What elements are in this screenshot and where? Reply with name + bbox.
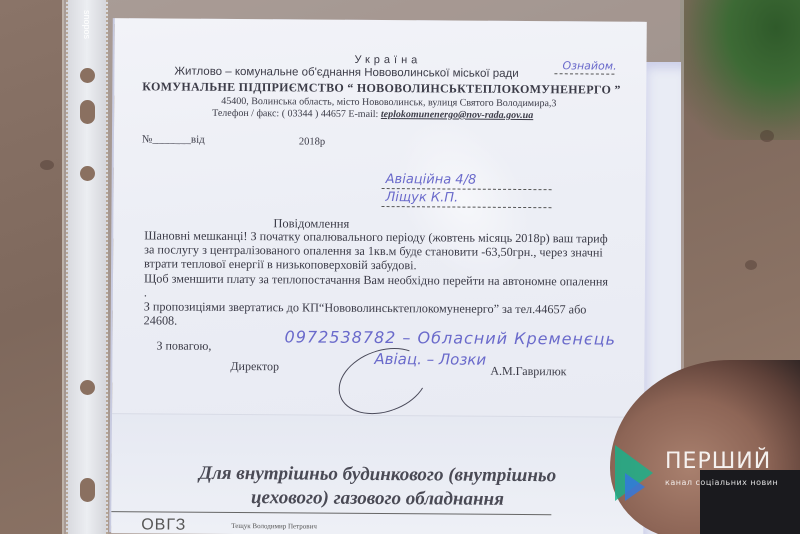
handwritten-address-line2: Ліщук К.П. <box>386 190 459 206</box>
lower-title-line1: Для внутрішньо будинкового (внутрішньо <box>112 461 644 489</box>
logo-play-icon <box>625 473 645 501</box>
background-spot <box>760 130 774 142</box>
letterhead-phone: Телефон / факс: ( 03344 ) 44657 E-mail: <box>212 108 378 120</box>
notice-paragraph: Щоб зменшити плату за теплопостачання Ва… <box>144 271 614 303</box>
reference-year: 2018р <box>299 136 325 147</box>
signer-name: А.М.Гаврилюк <box>490 364 566 380</box>
signer-title: Директор <box>230 359 279 374</box>
footer-logo: ОВГЗ <box>141 516 186 534</box>
punch-hole <box>80 166 95 181</box>
watermark-tagline: канал соціальних новин <box>665 478 778 487</box>
channel-watermark: ПЕРШИЙ канал соціальних новин <box>615 445 785 515</box>
footer-small-text: Тещук Володимир Петрович <box>231 522 317 531</box>
background-spot <box>745 260 757 270</box>
reference-number: №_______від <box>142 133 205 145</box>
watermark-name: ПЕРШИЙ <box>665 449 771 474</box>
letterhead-country: Україна <box>354 54 421 66</box>
handwritten-signature: Авіац. – Лозки <box>374 350 486 369</box>
notice-paragraph: З пропозиціями звертатись до КП“Нововоли… <box>144 299 614 331</box>
punch-hole <box>80 100 95 124</box>
handwritten-address-line1: Авіаційна 4/8 <box>386 172 477 188</box>
letterhead-email: teplokomunenergo@nov-rada.gov.ua <box>381 109 533 121</box>
lower-document: Для внутрішньо будинкового (внутрішньо ц… <box>111 413 644 534</box>
closing-regards: З повагою, <box>156 338 211 353</box>
punch-hole <box>80 380 95 395</box>
notice-document: Україна Ознайом. Житлово – комунальне об… <box>111 18 647 534</box>
handwritten-phone-note: 0972538782 – Обласний Кременєць <box>285 327 617 348</box>
handwritten-note-top: Ознайом. <box>562 59 616 72</box>
letterhead-address: 45400, Волинська область, місто Нововоли… <box>221 96 556 109</box>
letterhead-contact: Телефон / факс: ( 03344 ) 44657 E-mail: … <box>212 108 533 121</box>
punch-hole <box>80 68 95 83</box>
background-spot <box>40 160 54 170</box>
lower-document-title: Для внутрішньо будинкового (внутрішньо ц… <box>111 461 643 513</box>
handwriting-underline <box>554 73 614 74</box>
letterhead-org-line2: КОМУНАЛЬНЕ ПІДПРИЄМСТВО “ НОВОВОЛИНСЬКТЕ… <box>142 79 621 97</box>
notice-paragraph: Шановні мешканці! З початку опалювальног… <box>144 228 614 274</box>
sleeve-brand: snopos <box>82 10 92 39</box>
punch-hole <box>80 478 95 502</box>
notice-body: Шановні мешканці! З початку опалювальног… <box>144 228 615 331</box>
lower-title-line2: цехового) газового обладнання <box>111 485 643 513</box>
background-foliage <box>680 0 800 140</box>
letterhead-org-line1: Житлово – комунальне об'єднання Нововоли… <box>174 66 518 80</box>
